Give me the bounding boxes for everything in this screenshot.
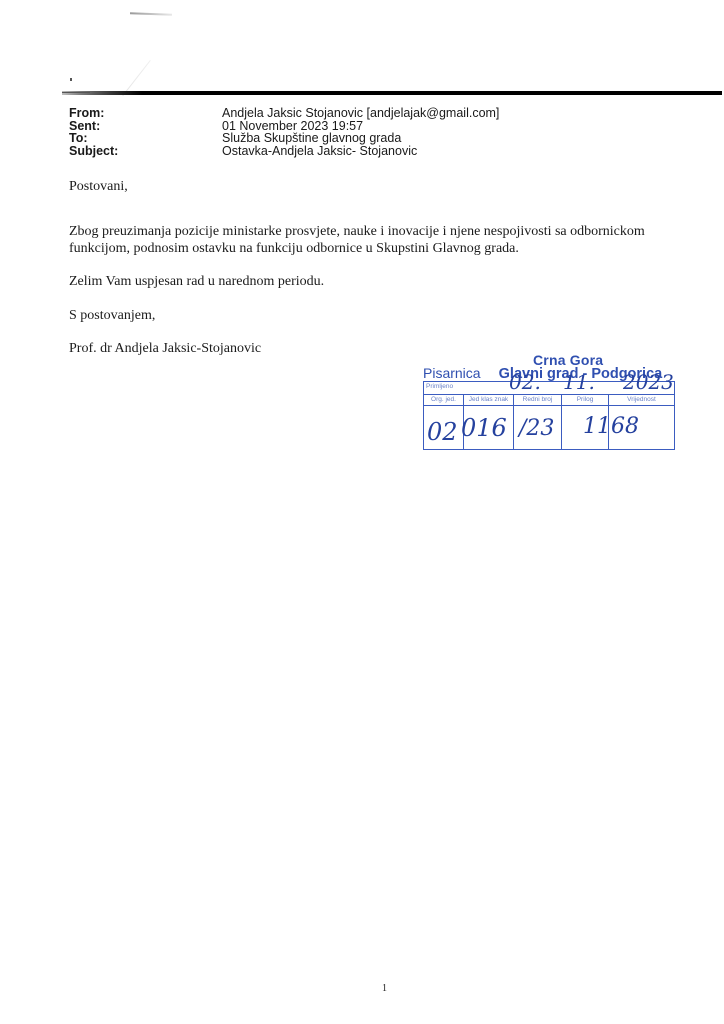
paragraph-line-1: Zbog preuzimanja pozicije ministarke pro… — [69, 223, 645, 240]
handwritten-org: 02 — [427, 418, 458, 446]
handwritten-number: /23 — [519, 416, 554, 441]
handwritten-day: 02. — [509, 370, 541, 394]
stamp-col-header: Org. jed. — [424, 394, 463, 406]
subject-row: Subject: Ostavka-Andjela Jaksic- Stojano… — [69, 145, 499, 158]
paragraph-line-2: funkcijom, podnosim ostavku na funkciju … — [69, 240, 519, 257]
closing: S postovanjem, — [69, 307, 155, 324]
subject-value: Ostavka-Andjela Jaksic- Stojanovic — [222, 145, 417, 158]
header-divider — [62, 91, 722, 95]
handwritten-attachment: 1168 — [583, 414, 639, 439]
subject-label: Subject: — [69, 145, 222, 158]
to-value: Služba Skupštine glavnog grada — [222, 132, 401, 145]
wish-line: Zelim Vam uspjesan rad u narednom period… — [69, 273, 324, 290]
to-label: To: — [69, 132, 222, 145]
stamp-col-header: Redni broj — [514, 394, 561, 406]
registry-stamp: Crna Gora Pisarnica Glavni grad - Podgor… — [423, 352, 679, 452]
header-divider — [62, 92, 90, 93]
stamp-col-header: Jed klas znak — [464, 394, 513, 406]
greeting: Postovani, — [69, 178, 128, 195]
handwritten-class: 016 — [461, 414, 507, 442]
sent-label: Sent: — [69, 120, 222, 133]
stamp-col-header: Vrijednost — [609, 394, 674, 406]
stamp-received-label: Primljeno — [426, 383, 453, 390]
from-label: From: — [69, 107, 222, 120]
handwritten-month: 11. — [563, 370, 595, 394]
signature: Prof. dr Andjela Jaksic-Stojanovic — [69, 340, 261, 357]
email-header: From: Andjela Jaksic Stojanovic [andjela… — [69, 107, 499, 157]
scan-artifact — [70, 78, 72, 81]
stamp-col-header: Prilog — [562, 394, 608, 406]
page-number: 1 — [382, 983, 387, 994]
from-value: Andjela Jaksic Stojanovic [andjelajak@gm… — [222, 107, 499, 120]
scan-artifact — [130, 12, 172, 15]
handwritten-year: 2023 — [623, 370, 674, 394]
to-row: To: Služba Skupštine glavnog grada — [69, 132, 499, 145]
stamp-office-left: Pisarnica — [423, 365, 481, 381]
from-row: From: Andjela Jaksic Stojanovic [andjela… — [69, 107, 499, 120]
